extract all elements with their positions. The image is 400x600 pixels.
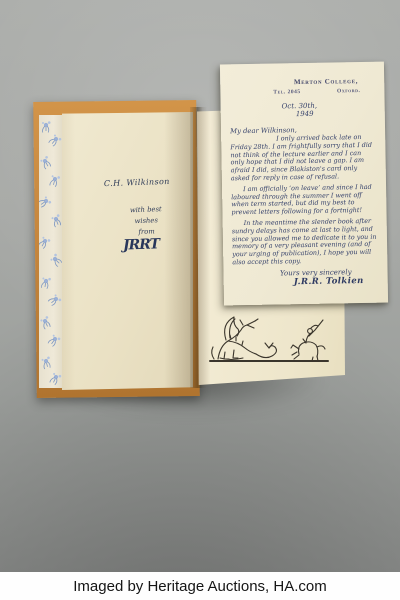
auction-photo-page: C.H. Wilkinson with best wishes from JRR… [0,0,400,600]
letter-paragraph: I am officially ‘on leave’ and since I h… [231,184,377,218]
letterhead-city: Oxford. [337,88,360,94]
dragon-knight-illustration [205,312,335,370]
floral-endpaper-strip [39,115,63,388]
credit-bar: Imaged by Heritage Auctions, HA.com [0,572,400,600]
dragon-figure [212,317,277,360]
inscription-recipient: C.H. Wilkinson [89,176,185,188]
flower-sprig-icon [39,115,63,388]
letterhead-line2: Tel. 2045 Oxford. [273,88,360,96]
tolkien-letter: Merton College, Tel. 2045 Oxford. Oct. 3… [220,62,388,306]
book-left-page: C.H. Wilkinson with best wishes from JRR… [62,112,193,390]
photograph-area: C.H. Wilkinson with best wishes from JRR… [0,0,400,572]
letter-paragraph: I only arrived back late on Friday 28th.… [230,134,376,183]
tolkien-monogram-signature: JRRT [95,236,187,254]
letter-date-year: 1949 [296,109,375,118]
letterhead-telephone: Tel. 2045 [273,89,300,95]
inscription-block: C.H. Wilkinson with best wishes from JRR… [89,176,188,254]
letter-signature: J.R.R. Tolkien [233,276,364,288]
credit-text: Imaged by Heritage Auctions, HA.com [73,578,326,595]
letter-paragraph: In the meantime the slender book after s… [232,218,378,267]
letterhead-college: Merton College, [229,77,374,88]
knight-figure [291,320,325,361]
